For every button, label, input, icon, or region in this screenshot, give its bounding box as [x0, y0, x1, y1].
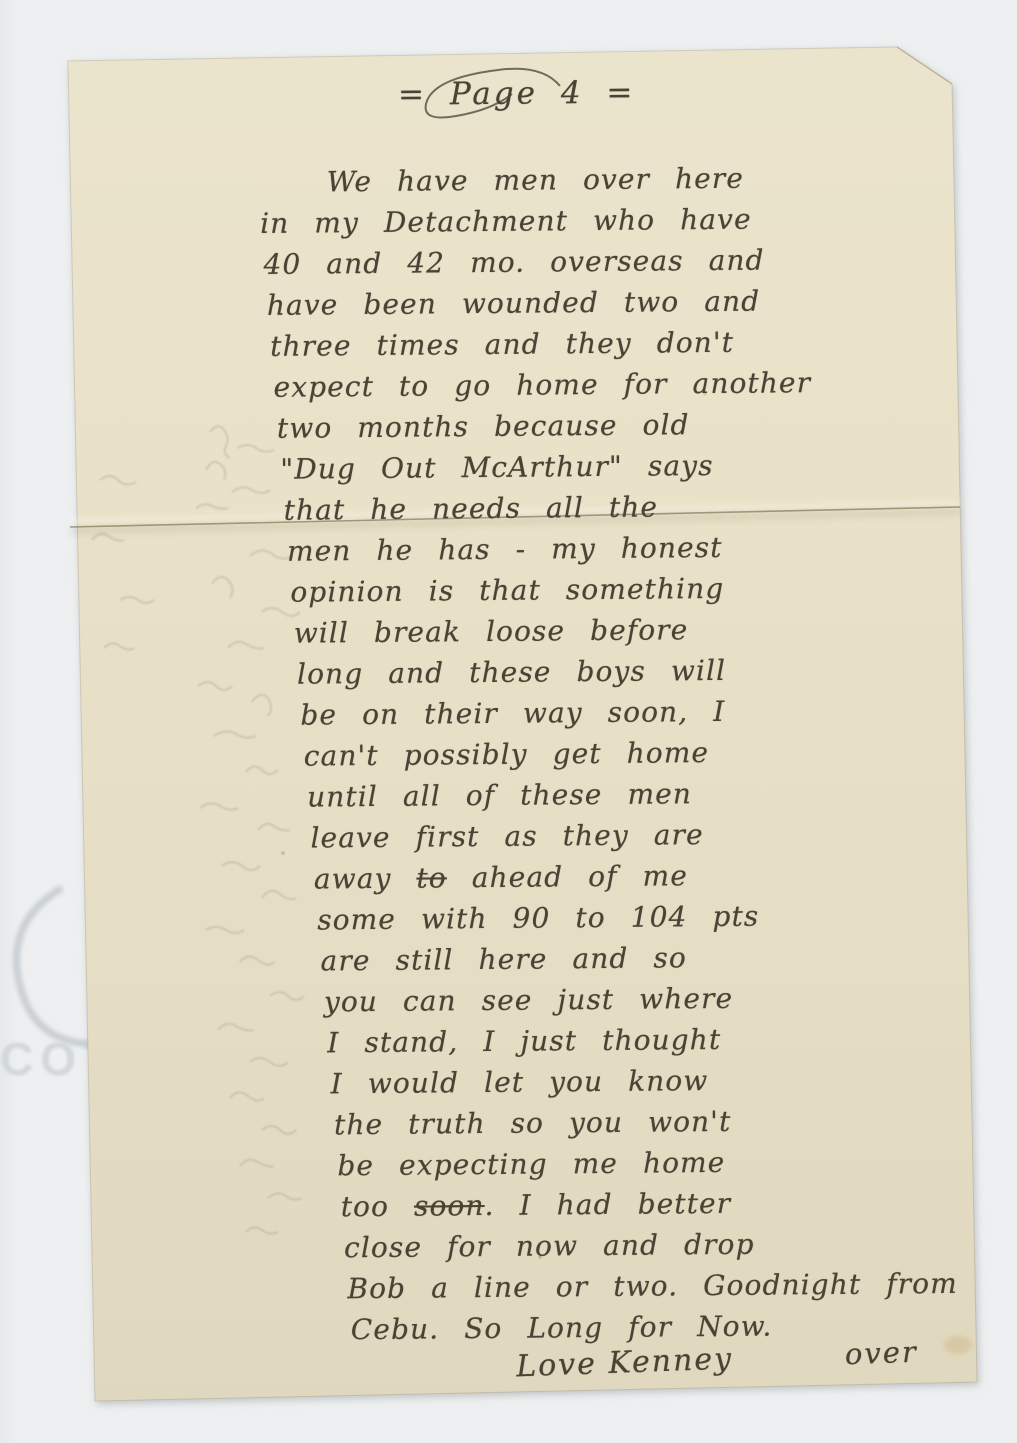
letter-line: will break loose before	[294, 607, 973, 654]
scanned-letter-photo: COTT	[0, 0, 1017, 1443]
letter-line: 40 and 42 mo. overseas and	[263, 238, 969, 285]
over-note: over	[844, 1335, 918, 1372]
letter-line: be expecting me home	[337, 1140, 977, 1187]
letter-line: some with 90 to 104 pts	[317, 894, 975, 941]
letter-line: that he needs all the	[283, 484, 971, 531]
letter-line: the truth so you won't	[334, 1099, 977, 1146]
letter-line: away to ahead of me	[314, 853, 975, 900]
letter-line: We have men over here	[327, 156, 969, 203]
letter-line: leave first as they are	[310, 812, 974, 859]
letter-text-layer: = Page 4 = We have men over herein my De…	[0, 0, 1017, 1443]
letter-line: be on their way soon, I	[300, 689, 973, 736]
letter-line: I would let you know	[330, 1058, 976, 1105]
letter-line: in my Detachment who have	[260, 197, 969, 244]
letter-line: until all of these men	[307, 771, 974, 818]
letter-line: men he has - my honest	[287, 525, 972, 572]
letter-line: can't possibly get home	[304, 730, 974, 777]
letter-line: too soon. I had better	[341, 1181, 978, 1228]
letter-line: long and these boys will	[297, 648, 973, 695]
letter-line: "Dug Out McArthur" says	[280, 443, 971, 490]
signature: Love Kenney	[516, 1341, 734, 1384]
letter-line: you can see just where	[324, 976, 976, 1023]
letter-line: three times and they don't	[270, 320, 970, 367]
letter-line: close for now and drop	[344, 1222, 978, 1269]
letter-line: Bob a line or two. Goodnight from	[347, 1263, 978, 1310]
letter-line: I stand, I just thought	[327, 1017, 976, 1064]
letter-line: two months because old	[277, 402, 971, 449]
page-header: = Page 4 =	[398, 75, 636, 113]
letter-line: are still here and so	[320, 935, 975, 982]
letter-line: expect to go home for another	[273, 361, 970, 408]
letter-line: opinion is that something	[290, 566, 972, 613]
letter-lines: We have men over herein my Detachment wh…	[249, 156, 979, 1351]
letter-line: have been wounded two and	[267, 279, 970, 326]
